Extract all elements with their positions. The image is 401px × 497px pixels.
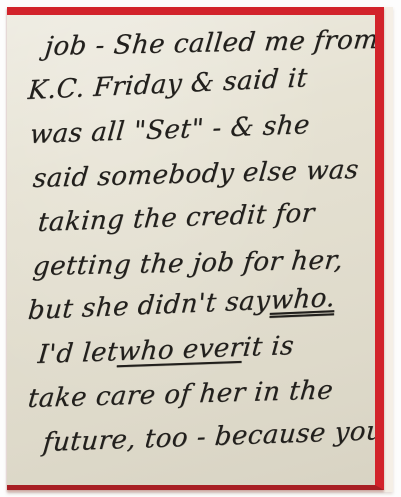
handwritten-text: K.C. Friday & said it [27, 63, 309, 106]
photo-background: job - She called me from K.C. Friday & s… [0, 0, 401, 497]
handwritten-text: but she didn't say [27, 286, 272, 326]
handwritten-text: it is [241, 331, 295, 363]
handwritten-text: I'd let [37, 337, 120, 370]
letter-card: job - She called me from K.C. Friday & s… [7, 7, 384, 490]
handwritten-text: taking the credit for [37, 198, 316, 238]
handwritten-text-underlined: who ever [117, 333, 244, 367]
handwritten-text: was all "Set" - & she [29, 110, 311, 150]
handwritten-text: future, too - because you [42, 416, 375, 458]
handwritten-text-underlined: who. [269, 283, 336, 316]
letter-paper: job - She called me from K.C. Friday & s… [7, 15, 375, 485]
handwritten-text: getting the job for her, [31, 245, 344, 282]
handwritten-text: said somebody else was [32, 155, 361, 194]
handwritten-text: take care of her in the [27, 375, 335, 414]
